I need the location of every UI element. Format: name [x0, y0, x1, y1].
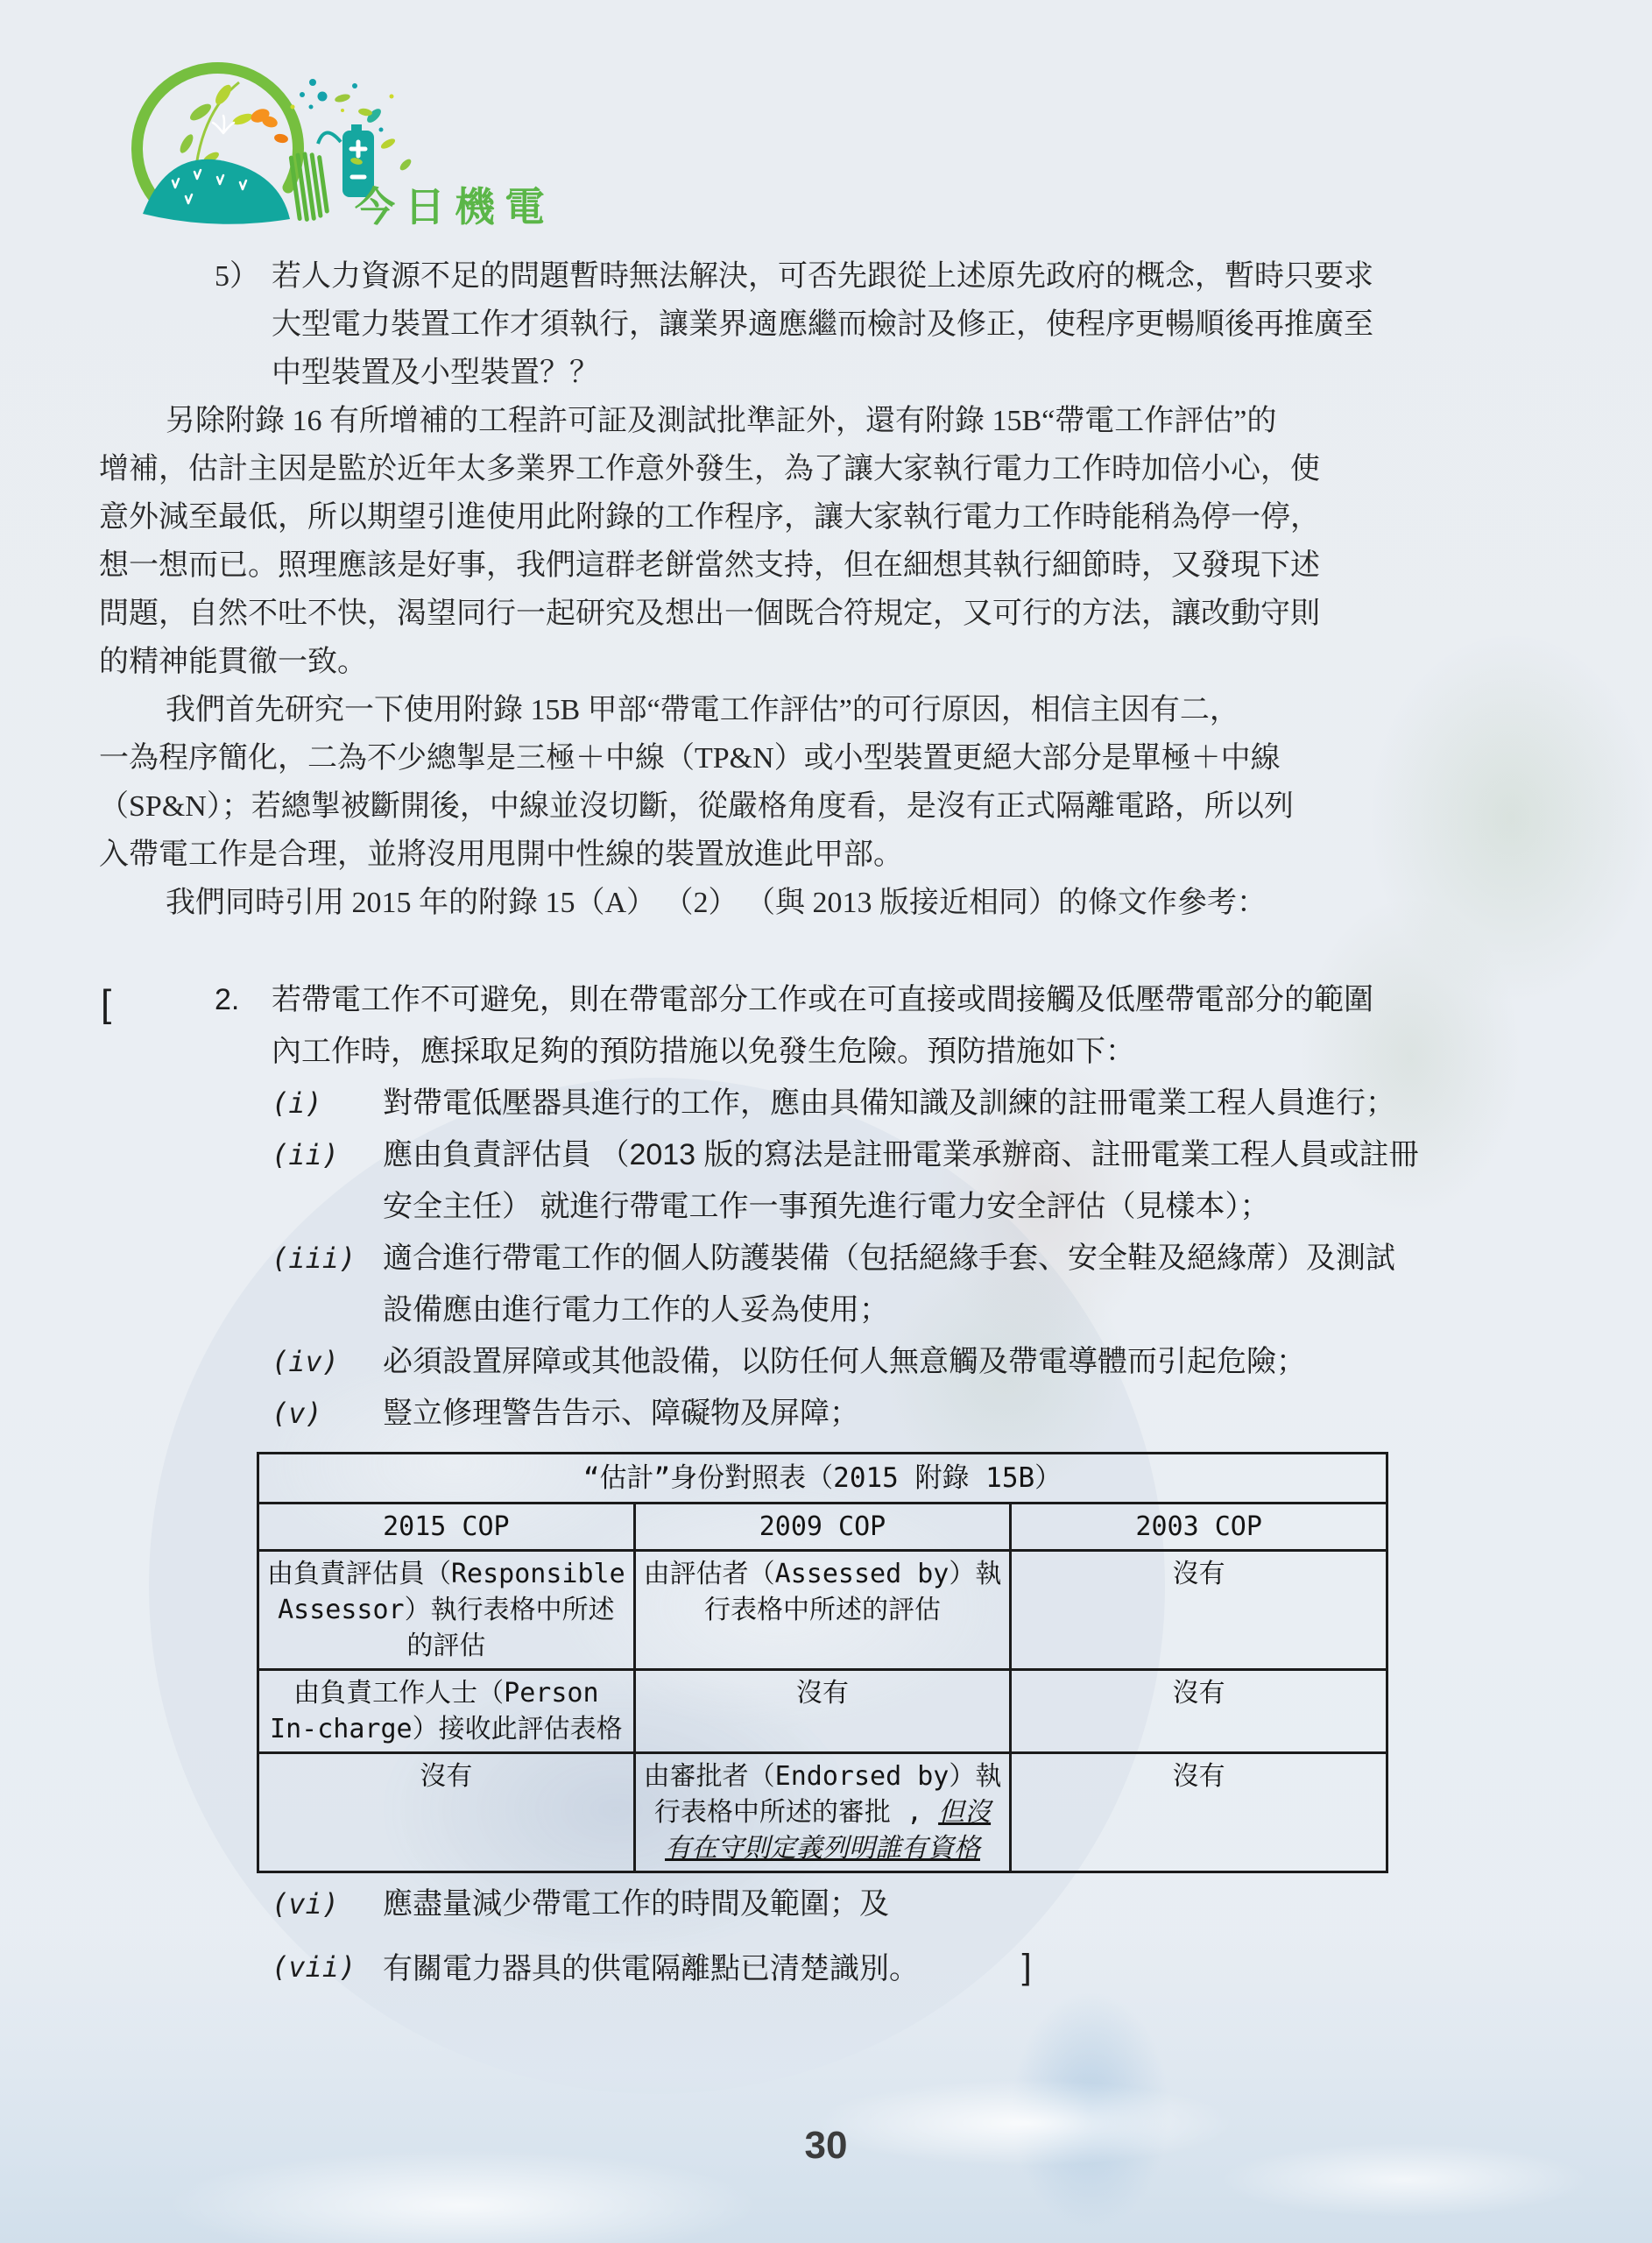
text-line: 應盡量減少帶電工作的時間及範圍；及	[383, 1887, 889, 1921]
table-cell: 由負責工作人士（Person In-charge）接收此評估表格	[258, 1670, 635, 1753]
text-line: 有關電力器具的供電隔離點已清楚識別。	[383, 1952, 919, 1985]
text-line: 內工作時，應採取足夠的預防措施以免發生危險。預防措施如下：	[272, 1026, 1413, 1078]
text-line: 安全主任） 就進行帶電工作一事預先進行電力安全評估（見樣本）；	[383, 1181, 1413, 1233]
reference-paragraph: 我們同時引用 2015 年的附錄 15（A） （2） （與 2013 版接近相同…	[99, 879, 1568, 927]
clause-tail-items: (vi) 應盡量減少帶電工作的時間及範圍；及 (vii) 有關電力器具的供電隔離…	[272, 1886, 1410, 2013]
appendix-paragraph: 另除附錄 16 有所增補的工程許可証及測試批準証外，還有附錄 15B“帶電工作評…	[99, 397, 1568, 686]
text-line: 豎立修理警告告示、障礙物及屏障；	[383, 1388, 1413, 1440]
table-row: 由負責評估員（Responsible Assessor）執行表格中所述的評估 由…	[258, 1551, 1387, 1670]
table-row: 沒有 由審批者（Endorsed by）執行表格中所述的審批 , 但沒有在守則定…	[258, 1753, 1387, 1872]
list-marker: (vii)	[272, 1949, 356, 1985]
magazine-logo: 今日機電	[92, 46, 758, 247]
clause-subitems: (i) 對帶電低壓器具進行的工作，應由具備知識及訓練的註冊電業工程人員進行； (…	[272, 1078, 1413, 1440]
text-line: 大型電力裝置工作才須執行，讓業界適應繼而檢討及修正，使程序更暢順後再推廣至	[272, 301, 1568, 349]
list-item: (vii) 有關電力器具的供電隔離點已清楚識別。 ]	[272, 1949, 1410, 1987]
cop-comparison-table: “估計”身份對照表（2015 附錄 15B） 2015 COP 2009 COP…	[257, 1452, 1388, 1873]
text-line: 我們首先研究一下使用附錄 15B 甲部“帶電工作評估”的可行原因，相信主因有二，	[99, 686, 1568, 734]
text-line: （SP&N）；若總掣被斷開後，中線並沒切斷，從嚴格角度看，是沒有正式隔離電路，所…	[99, 782, 1568, 831]
text-line: 應由負責評估員 （2013 版的寫法是註冊電業承辦商、註冊電業工程人員或註冊	[383, 1129, 1413, 1181]
table-title-row: “估計”身份對照表（2015 附錄 15B）	[258, 1454, 1387, 1504]
table-cell: 沒有	[1011, 1670, 1387, 1753]
list-item: (i) 對帶電低壓器具進行的工作，應由具備知識及訓練的註冊電業工程人員進行；	[272, 1078, 1413, 1129]
list-item: (ii) 應由負責評估員 （2013 版的寫法是註冊電業承辦商、註冊電業工程人員…	[272, 1129, 1413, 1233]
list-item: (vi) 應盡量減少帶電工作的時間及範圍；及	[272, 1886, 1410, 1922]
clause-intro: 若帶電工作不可避免，則在帶電部分工作或在可直接或間接觸及低壓帶電部分的範圍 內工…	[272, 974, 1413, 1078]
column-header: 2015 COP	[258, 1504, 635, 1551]
list-item: (v) 豎立修理警告告示、障礙物及屏障；	[272, 1388, 1413, 1440]
list-marker: (i)	[272, 1078, 322, 1129]
table-cell: 由評估者（Assessed by）執行表格中所述的評估	[634, 1551, 1011, 1670]
quoted-clause-section: [ 2. 若帶電工作不可避免，則在帶電部分工作或在可直接或間接觸及低壓帶電部分的…	[99, 974, 1413, 1440]
table-row: 由負責工作人士（Person In-charge）接收此評估表格 沒有 沒有	[258, 1670, 1387, 1753]
clause-number: 2.	[215, 974, 239, 1026]
magazine-title: 今日機電	[355, 175, 554, 233]
close-bracket: ]	[1021, 1948, 1031, 1986]
list-item: (iv) 必須設置屏障或其他設備，以防任何人無意觸及帶電導體而引起危險；	[272, 1336, 1413, 1388]
numbered-question-item: 5） 若人力資源不足的問題暫時無法解決，可否先跟從上述原先政府的概念，暫時只要求…	[99, 252, 1568, 397]
list-item: (iii) 適合進行帶電工作的個人防護裝備（包括絕緣手套、安全鞋及絕緣蓆）及測試…	[272, 1233, 1413, 1336]
list-marker: (ii)	[272, 1129, 339, 1181]
page-number: 30	[0, 2124, 1652, 2168]
table-cell: 沒有	[634, 1670, 1011, 1753]
table-cell: 沒有	[258, 1753, 635, 1872]
text-line: 一為程序簡化，二為不少總掣是三極＋中線（TP&N）或小型裝置更絕大部分是單極＋中…	[99, 734, 1568, 782]
text-line: 我們同時引用 2015 年的附錄 15（A） （2） （與 2013 版接近相同…	[99, 879, 1568, 927]
text-line: 適合進行帶電工作的個人防護裝備（包括絕緣手套、安全鞋及絕緣蓆）及測試	[383, 1233, 1413, 1284]
table-cell: 由負責評估員（Responsible Assessor）執行表格中所述的評估	[258, 1551, 635, 1670]
text-line: 另除附錄 16 有所增補的工程許可証及測試批準証外，還有附錄 15B“帶電工作評…	[99, 397, 1568, 445]
text-line: 若帶電工作不可避免，則在帶電部分工作或在可直接或間接觸及低壓帶電部分的範圍	[272, 974, 1413, 1026]
list-marker: (iii)	[272, 1233, 356, 1284]
table-header-row: 2015 COP 2009 COP 2003 COP	[258, 1504, 1387, 1551]
reason-paragraph: 我們首先研究一下使用附錄 15B 甲部“帶電工作評估”的可行原因，相信主因有二，…	[99, 686, 1568, 879]
text-line: 對帶電低壓器具進行的工作，應由具備知識及訓練的註冊電業工程人員進行；	[383, 1078, 1413, 1129]
column-header: 2009 COP	[634, 1504, 1011, 1551]
table-cell: 由審批者（Endorsed by）執行表格中所述的審批 , 但沒有在守則定義列明…	[634, 1753, 1011, 1872]
text-line: 意外減至最低，所以期望引進使用此附錄的工作程序，讓大家執行電力工作時能稍為停一停…	[99, 493, 1568, 541]
text-line: 問題，自然不吐不快，渴望同行一起研究及想出一個既合符規定，又可行的方法，讓改動守…	[99, 590, 1568, 638]
list-marker: (iv)	[272, 1336, 339, 1388]
open-bracket: [	[101, 978, 111, 1030]
column-header: 2003 COP	[1011, 1504, 1387, 1551]
text-line: 入帶電工作是合理，並將沒用甩開中性線的裝置放進此甲部。	[99, 831, 1568, 879]
text-line: 必須設置屏障或其他設備，以防任何人無意觸及帶電導體而引起危險；	[383, 1336, 1413, 1388]
table-cell: 沒有	[1011, 1753, 1387, 1872]
text-line: 增補，估計主因是監於近年太多業界工作意外發生，為了讓大家執行電力工作時加倍小心，…	[99, 445, 1568, 493]
list-marker: (v)	[272, 1388, 322, 1440]
item-number: 5）	[215, 252, 259, 301]
table-cell: 沒有	[1011, 1551, 1387, 1670]
text-line: 設備應由進行電力工作的人妥為使用；	[383, 1284, 1413, 1336]
text-line: 中型裝置及小型裝置？？	[272, 349, 1568, 397]
table-title: “估計”身份對照表（2015 附錄 15B）	[258, 1454, 1387, 1504]
list-marker: (vi)	[272, 1886, 339, 1922]
text-line: 想一想而已。照理應該是好事，我們這群老餅當然支持，但在細想其執行細節時，又發現下…	[99, 541, 1568, 590]
text-line: 的精神能貫徹一致。	[99, 638, 1568, 686]
text-line: 若人力資源不足的問題暫時無法解決，可否先跟從上述原先政府的概念，暫時只要求	[272, 252, 1568, 301]
